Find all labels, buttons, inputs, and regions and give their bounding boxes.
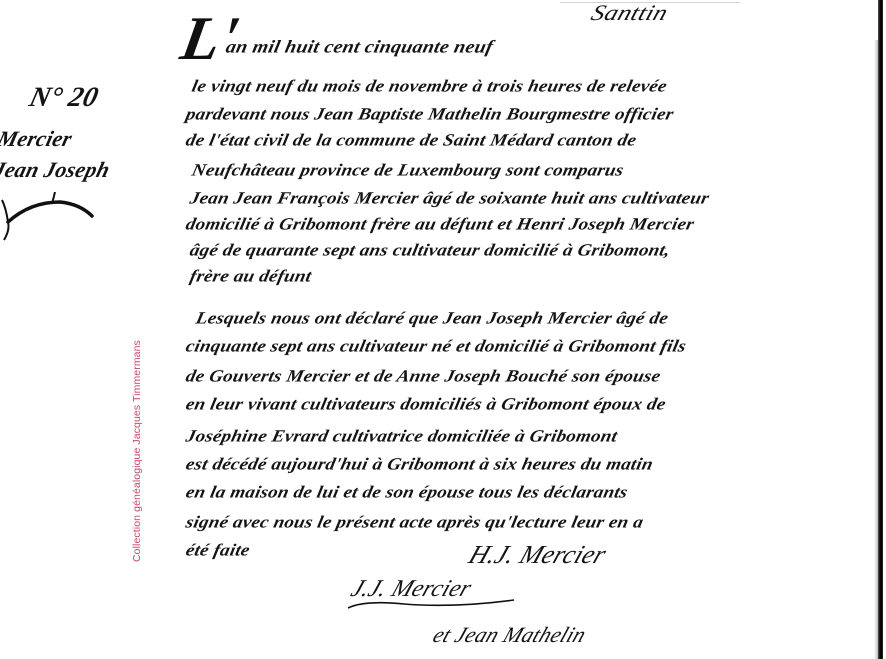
body-line: cinquante sept ans cultivateur né et dom… bbox=[184, 337, 688, 357]
body-line: Jean Jean François Mercier âgé de soixan… bbox=[188, 189, 711, 209]
page-binding-edge bbox=[878, 0, 883, 659]
body-line: Lesquels nous ont déclaré que Jean Josep… bbox=[194, 309, 670, 329]
body-line: domicilié à Gribomont frère au défunt et… bbox=[184, 215, 696, 235]
body-line: est décédé aujourd'hui à Gribomont à six… bbox=[184, 455, 655, 475]
watermark-text: Collection généalogique Jacques Timmerma… bbox=[131, 340, 143, 562]
body-line: de l'état civil de la commune de Saint M… bbox=[184, 131, 638, 151]
document-page: Santtin N° 20 Mercier Jean Joseph Collec… bbox=[0, 0, 886, 659]
body-line: signé avec nous le présent acte après qu… bbox=[184, 513, 645, 533]
margin-surname: Mercier bbox=[0, 126, 75, 152]
body-line: de Gouverts Mercier et de Anne Joseph Bo… bbox=[184, 367, 662, 387]
signature-underline-flourish bbox=[344, 596, 524, 612]
body-line: frère au défunt bbox=[188, 267, 313, 287]
body-line: Joséphine Evrard cultivatrice domiciliée… bbox=[184, 427, 619, 447]
signature-1: H.J. Mercier bbox=[465, 540, 611, 570]
header-name: Santtin bbox=[588, 0, 671, 26]
body-line: âgé de quarante sept ans cultivateur dom… bbox=[188, 241, 672, 261]
body-line: an mil huit cent cinquante neuf bbox=[224, 37, 495, 58]
signature-3: et Jean Mathelin bbox=[429, 622, 590, 648]
body-line: été faite bbox=[184, 541, 252, 561]
margin-bracket-flourish bbox=[0, 192, 100, 242]
body-line: Neufchâteau province de Luxembourg sont … bbox=[190, 161, 626, 181]
body-line: en leur vivant cultivateurs domiciliés à… bbox=[184, 395, 668, 415]
body-line: le vingt neuf du mois de novembre à troi… bbox=[190, 77, 669, 97]
body-line: pardevant nous Jean Baptiste Mathelin Bo… bbox=[184, 105, 676, 125]
margin-given-name: Jean Joseph bbox=[0, 157, 113, 183]
header-rule bbox=[560, 2, 740, 3]
body-line: en la maison de lui et de son épouse tou… bbox=[184, 483, 630, 503]
entry-number: N° 20 bbox=[26, 82, 101, 114]
